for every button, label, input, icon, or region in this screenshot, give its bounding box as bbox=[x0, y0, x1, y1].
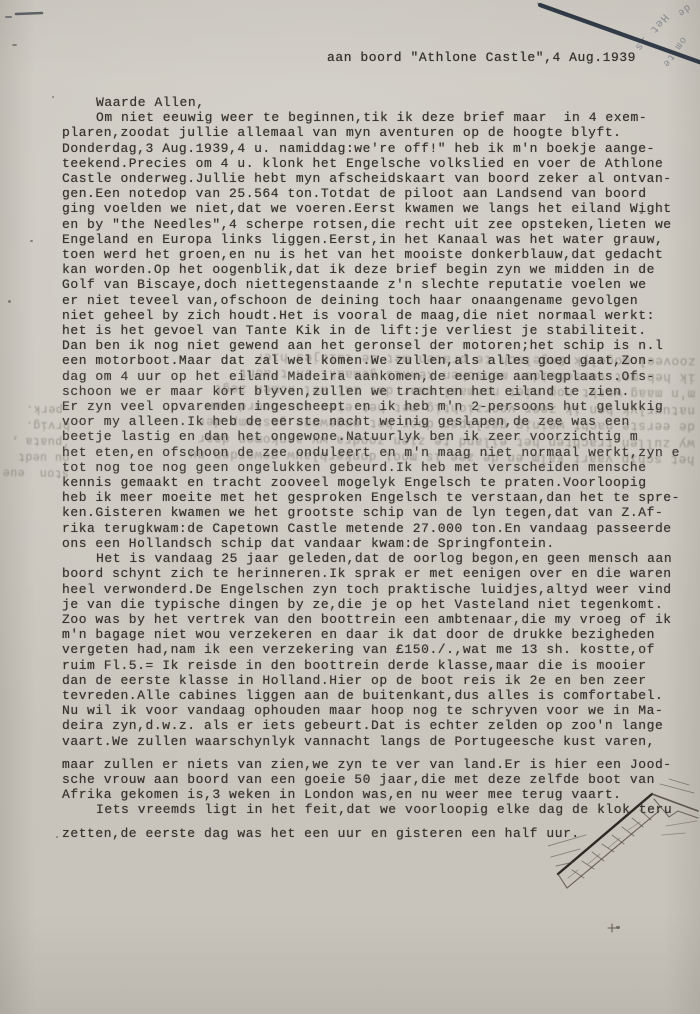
letter-line: je van die typische dingen by ze,die je … bbox=[62, 597, 698, 612]
letter-line: rika terugkwam:de Capetown Castle metend… bbox=[62, 521, 698, 536]
letter-line: Er zyn veel opvarenden ingescheept en ik… bbox=[62, 399, 698, 414]
letter-line: er niet teveel van,ofschoon de deining t… bbox=[62, 293, 698, 308]
letter-line: deira zyn,d.w.z. als er iets gebeurt.Dat… bbox=[62, 718, 698, 733]
letter-line: ruim Fl.5.= Ik reisde in den boottrein d… bbox=[62, 658, 698, 673]
letter-line: m'n bagage niet wou verzekeren en daar i… bbox=[62, 627, 698, 642]
letter-line: boord schynt zich te herinneren.Ik sprak… bbox=[62, 566, 698, 581]
letter-line: Dan ben ik nog niet gewend aan het geron… bbox=[62, 338, 698, 353]
salutation: Waarde Allen, bbox=[62, 95, 698, 110]
letter-line: gen.Een notedop van 25.564 ton.Totdat de… bbox=[62, 186, 698, 201]
ink-speck bbox=[8, 300, 11, 303]
letter-line: tevreden.Alle cabines liggen aan de buit… bbox=[62, 688, 698, 703]
ink-speck bbox=[616, 926, 620, 929]
letter-line: het is het gevoel van Tante Kik in de li… bbox=[62, 323, 698, 338]
letter-date: aan boord "Athlone Castle",4 Aug.1939 bbox=[327, 50, 636, 65]
letter-line: ging voelden we niet,dat we voeren.Eerst… bbox=[62, 201, 698, 216]
ink-speck bbox=[640, 212, 643, 214]
letter-line: teekend.Precies om 4 u. klonk het Engels… bbox=[62, 156, 698, 171]
pencil-sketch-wedge bbox=[548, 778, 700, 938]
letter-line: vergeten had,nam ik een verzekering van … bbox=[62, 642, 698, 657]
letter-line: schoon we er maar kort blyven,zullen we … bbox=[62, 384, 698, 399]
letter-line: het eten,en ofschoon de zee onduleert en… bbox=[62, 445, 698, 460]
letter-line: en by "the Needles",4 scherpe rotsen,die… bbox=[62, 217, 698, 232]
letter-line: voor my alleen.Ik heb de eerste nacht we… bbox=[62, 414, 698, 429]
letter-body: Om niet eeuwig weer te beginnen,tik ik d… bbox=[62, 110, 698, 841]
letter-line: kennis gemaakt en tracht zooveel mogelyk… bbox=[62, 475, 698, 490]
letter-line: Om niet eeuwig weer te beginnen,tik ik d… bbox=[62, 110, 698, 125]
letter-line: heb ik meer moeite met het gesproken Eng… bbox=[62, 490, 698, 505]
letter-line: dag om 4 uur op het eiland Madeira aanko… bbox=[62, 369, 698, 384]
letter-line: Golf van Biscaye,doch niettegenstaande z… bbox=[62, 277, 698, 292]
letter-line: toen werd het groen,en nu is het van het… bbox=[62, 247, 698, 262]
letter-line: Het is vandaag 25 jaar geleden,dat de oo… bbox=[62, 551, 698, 566]
letter-line: heel verwonderd.De Engelschen zyn toch p… bbox=[62, 582, 698, 597]
letter-line: beetje lastig en dan het ongewone.Natuur… bbox=[62, 429, 698, 444]
letter-line: Nu wil ik voor vandaag ophouden maar hoo… bbox=[62, 703, 698, 718]
letter-line: tot nog toe nog geen ongelukken gebeurd.… bbox=[62, 460, 698, 475]
letter-line: ons een Hollandsch schip dat vandaar kwa… bbox=[62, 536, 698, 551]
letter-line: ken.Gisteren kwamen we het grootste schi… bbox=[62, 505, 698, 520]
ink-speck bbox=[12, 44, 17, 46]
letter-line: niet geheel by zich houdt.Het is vooral … bbox=[62, 308, 698, 323]
ink-speck bbox=[56, 836, 58, 838]
letter-line: plaren,zoodat jullie allemaal van myn av… bbox=[62, 125, 698, 140]
letter-line: Castle onderweg.Jullie hebt myn afscheid… bbox=[62, 171, 698, 186]
letter-line: vaart.We zullen waarschynlyk vannacht la… bbox=[62, 734, 698, 749]
letter-line: maar zullen er niets van zien,we zyn te … bbox=[62, 757, 698, 772]
letter-line: een motorboot.Maar dat zal wel komen.We … bbox=[62, 353, 698, 368]
letter-line: Engeland en Europa links liggen.Eerst,in… bbox=[62, 232, 698, 247]
letter-line: kan worden.Op het oogenblik,dat ik deze … bbox=[62, 262, 698, 277]
letter-body-container: Waarde Allen, Om niet eeuwig weer te beg… bbox=[62, 95, 698, 841]
letter-line: Donderdag,3 Aug.1939,4 u. namiddag:we're… bbox=[62, 141, 698, 156]
letter-line: dan de eerste klasse in Holland.Hier op … bbox=[62, 673, 698, 688]
scanned-letter-page: { "colors": { "paper": "#cbc7bf", "ink":… bbox=[0, 0, 700, 1014]
ink-speck bbox=[30, 240, 33, 242]
letter-line: Zoo was by het vertrek van den boottrein… bbox=[62, 612, 698, 627]
ink-speck bbox=[52, 96, 54, 98]
